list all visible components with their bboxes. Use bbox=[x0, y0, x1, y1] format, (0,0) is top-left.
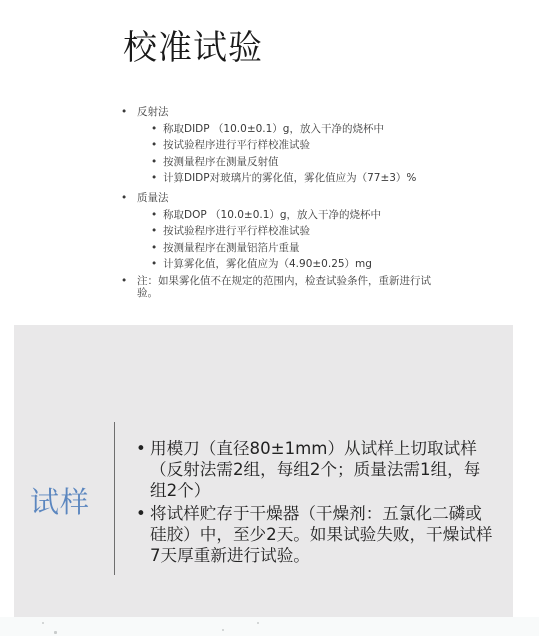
speck bbox=[42, 622, 44, 624]
list-item: •按试验程序进行平行样校准试验 bbox=[148, 223, 448, 239]
section-heading: 质量法 bbox=[137, 192, 169, 204]
list-item: •称取DOP （10.0±0.1）g，放入干净的烧杯中 bbox=[148, 207, 448, 223]
bullet-icon: • bbox=[121, 190, 127, 206]
list-item: •按测量程序在测量反射值 bbox=[148, 154, 448, 170]
bullet-icon: • bbox=[121, 275, 127, 287]
specimen-label: 试样 bbox=[30, 480, 90, 521]
slide-title: 校准试验 bbox=[123, 20, 263, 69]
list-item: •按测量程序在测量铝箔片重量 bbox=[148, 240, 448, 256]
speck bbox=[257, 622, 259, 624]
bullet-icon: • bbox=[151, 240, 157, 256]
speck bbox=[222, 629, 224, 631]
list-item: •计算DIDP对玻璃片的雾化值，雾化值应为（77±3）% bbox=[148, 170, 448, 186]
list-item: •计算雾化值，雾化值应为（4.90±0.25）mg bbox=[148, 256, 448, 272]
list-item: •称取DIDP （10.0±0.1）g，放入干净的烧杯中 bbox=[148, 121, 448, 137]
note-text: 注：如果雾化值不在规定的范围内，检查试验条件，重新进行试验。 bbox=[137, 275, 431, 299]
bullet-icon: • bbox=[151, 137, 157, 153]
bottom-strip bbox=[0, 617, 539, 636]
section-heading: 反射法 bbox=[137, 106, 169, 118]
bullet-icon: • bbox=[121, 104, 127, 120]
bullet-icon: • bbox=[151, 223, 157, 239]
list-item: • 用模刀（直径80±1mm）从试样上切取试样（反射法需2组，每组2个；质量法需… bbox=[134, 438, 494, 501]
specimen-list: • 用模刀（直径80±1mm）从试样上切取试样（反射法需2组，每组2个；质量法需… bbox=[134, 438, 494, 568]
bullet-icon: • bbox=[151, 170, 157, 186]
calibration-outline: • 反射法 •称取DIDP （10.0±0.1）g，放入干净的烧杯中 •按试验程… bbox=[118, 104, 448, 299]
vertical-divider bbox=[114, 422, 115, 575]
bullet-icon: • bbox=[151, 154, 157, 170]
bullet-icon: • bbox=[151, 121, 157, 137]
list-item: • 将试样贮存于干燥器（干燥剂：五氯化二磷或硅胶）中，至少2天。如果试验失败，干… bbox=[134, 503, 494, 566]
slide-calibration-test: 校准试验 • 反射法 •称取DIDP （10.0±0.1）g，放入干净的烧杯中 … bbox=[0, 0, 539, 325]
bullet-icon: • bbox=[136, 438, 146, 459]
speck bbox=[54, 631, 57, 634]
list-item: •按试验程序进行平行样校准试验 bbox=[148, 137, 448, 153]
bullet-icon: • bbox=[151, 207, 157, 223]
section-mass-method: • 质量法 bbox=[118, 190, 448, 206]
note: • 注：如果雾化值不在规定的范围内，检查试验条件，重新进行试验。 bbox=[118, 275, 448, 299]
bullet-icon: • bbox=[151, 256, 157, 272]
bullet-icon: • bbox=[136, 503, 146, 524]
section-reflection-method: • 反射法 bbox=[118, 104, 448, 120]
